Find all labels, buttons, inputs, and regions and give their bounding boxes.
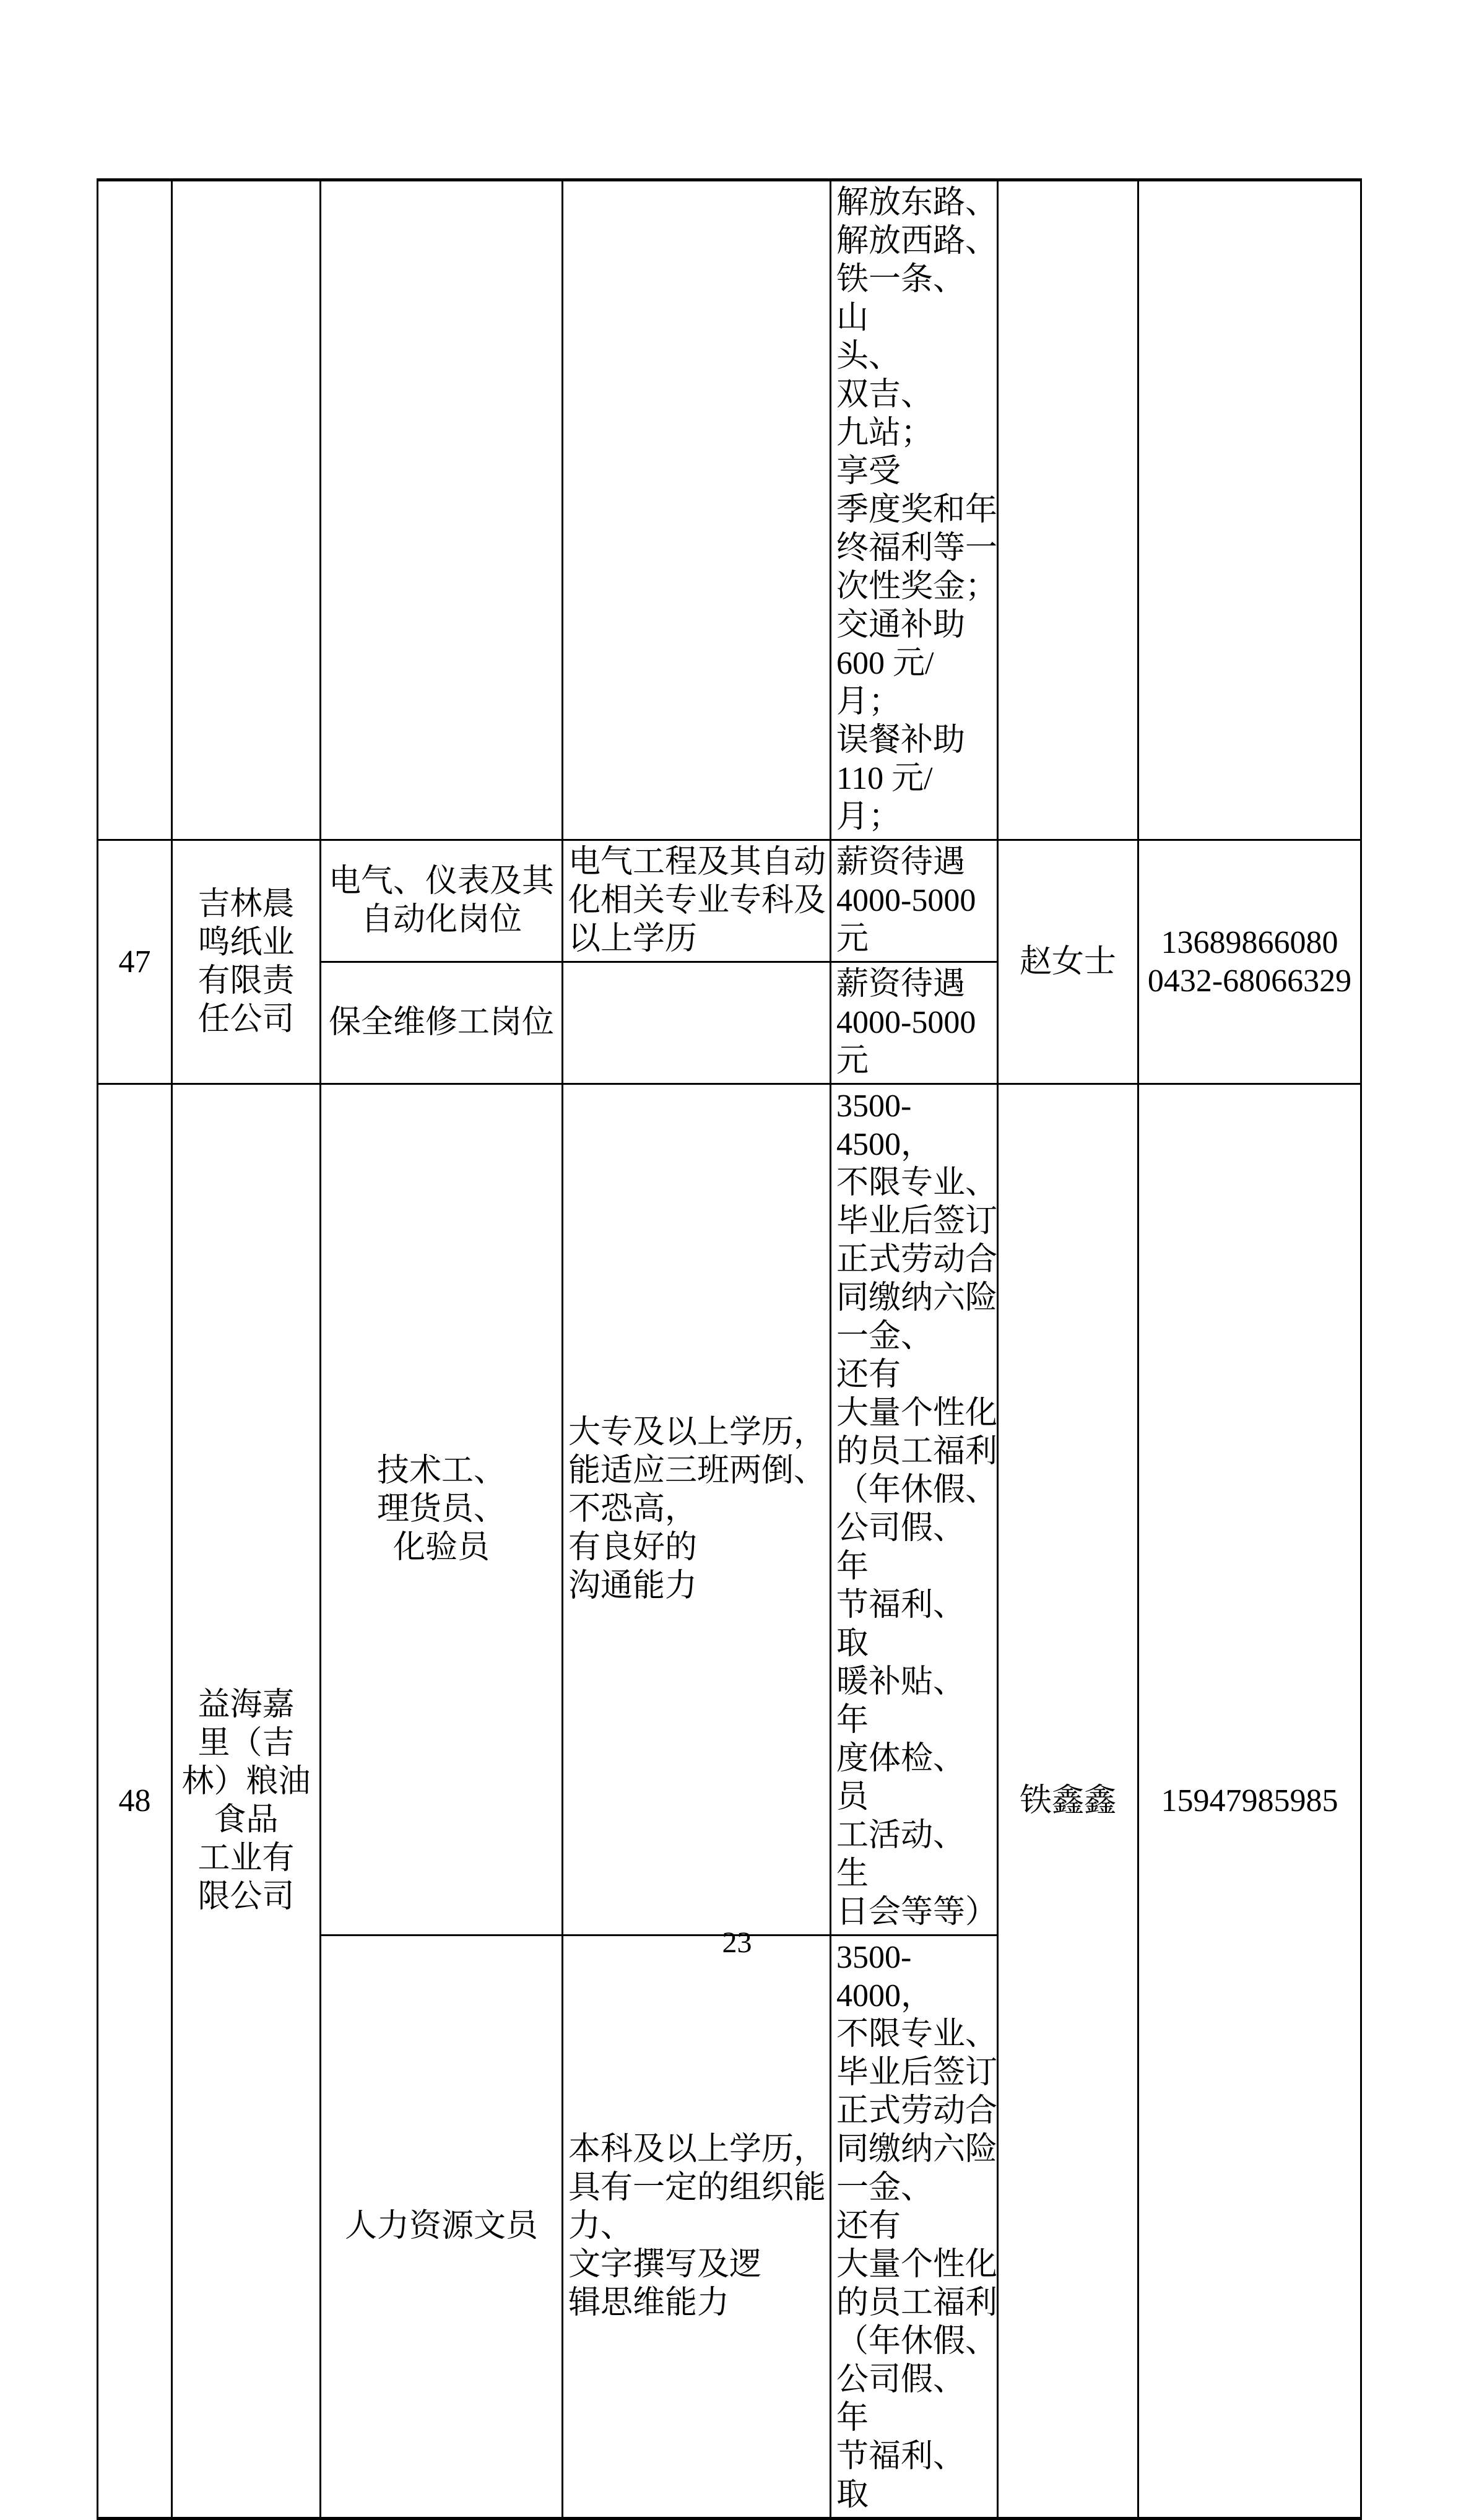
page-number: 23	[0, 1924, 1474, 1962]
cell-r46-contact	[998, 180, 1138, 840]
cell-r48-position-1: 技术工、理货员、 化验员	[321, 1084, 563, 1936]
cell-r46-company	[172, 180, 321, 840]
cell-r46-requirements	[563, 180, 831, 840]
table-row-48a: 48 益海嘉 里（吉 林）粮油 食品 工业有 限公司 技术工、理货员、 化验员 …	[98, 1084, 1361, 1936]
cell-r47-position-1: 电气、仪表及其 自动化岗位	[321, 840, 563, 962]
cell-r47-requirements-1: 电气工程及其自动 化相关专业专科及 以上学历	[563, 840, 831, 962]
table-row-46-continued: 解放东路、 解放西路、 铁一条、山 头、双吉、 九站；享受 季度奖和年 终福利等…	[98, 180, 1361, 840]
cell-r47-salary-2: 薪资待遇 4000-5000 元	[831, 962, 998, 1084]
cell-r48-requirements-2: 本科及以上学历， 具有一定的组织能 力、文字撰写及逻 辑思维能力	[563, 1936, 831, 2519]
cell-r48-phone: 15947985985	[1138, 1084, 1361, 2519]
cell-r48-salary-1: 3500-4500， 不限专业、 毕业后签订 正式劳动合 同缴纳六险 一金、还有…	[831, 1084, 998, 1936]
cell-r46-position	[321, 180, 563, 840]
cell-r48-company: 益海嘉 里（吉 林）粮油 食品 工业有 限公司	[172, 1084, 321, 2519]
table-row-47a: 47 吉林晨 鸣纸业 有限责 任公司 电气、仪表及其 自动化岗位 电气工程及其自…	[98, 840, 1361, 962]
cell-r48-no: 48	[98, 1084, 172, 2519]
cell-r48-requirements-1: 大专及以上学历， 能适应三班两倒、 不恐高，有良好的 沟通能力	[563, 1084, 831, 1936]
cell-r48-position-2: 人力资源文员	[321, 1936, 563, 2519]
cell-r46-no	[98, 180, 172, 840]
cell-r46-phone	[1138, 180, 1361, 840]
recruitment-table: 解放东路、 解放西路、 铁一条、山 头、双吉、 九站；享受 季度奖和年 终福利等…	[97, 178, 1362, 2520]
cell-r46-salary-benefits: 解放东路、 解放西路、 铁一条、山 头、双吉、 九站；享受 季度奖和年 终福利等…	[831, 180, 998, 840]
cell-r47-salary-1: 薪资待遇 4000-5000 元	[831, 840, 998, 962]
cell-r47-requirements-2	[563, 962, 831, 1084]
cell-r47-company: 吉林晨 鸣纸业 有限责 任公司	[172, 840, 321, 1084]
cell-r47-no: 47	[98, 840, 172, 1084]
document-page: { "page_number": "23", "table": { "r46":…	[0, 0, 1474, 2085]
cell-r48-salary-2: 3500-4000， 不限专业、 毕业后签订 正式劳动合 同缴纳六险 一金、还有…	[831, 1936, 998, 2519]
cell-r48-contact: 铁鑫鑫	[998, 1084, 1138, 2519]
cell-r47-contact: 赵女士	[998, 840, 1138, 1084]
cell-r47-phone: 13689866080 0432-68066329	[1138, 840, 1361, 1084]
cell-r47-position-2: 保全维修工岗位	[321, 962, 563, 1084]
